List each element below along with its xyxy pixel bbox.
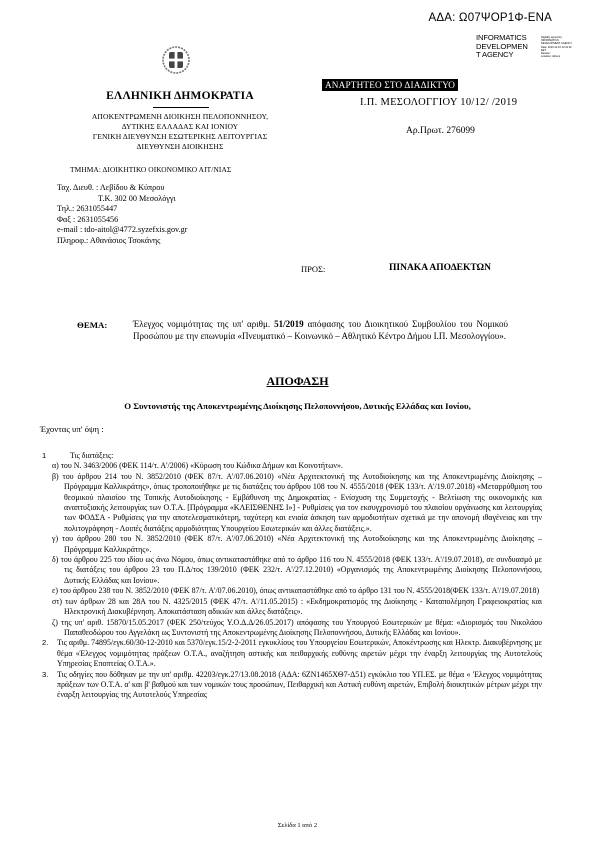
sub-item: ζ) της υπ' αριθ. 15870/15.05.2017 (ΦΕΚ 2… bbox=[52, 618, 542, 639]
list-item-number: 3. bbox=[40, 670, 57, 701]
authority-block: ΑΠΟΚΕΝΤΡΩΜΕΝΗ ΔΙΟΙΚΗΣΗ ΠΕΛΟΠΟΝΝΗΣΟΥ, ΔΥΤ… bbox=[40, 112, 320, 152]
list-item-text: Τις διατάξεις: bbox=[70, 451, 542, 461]
decision-title: ΑΠΟΦΑΣΗ bbox=[0, 374, 595, 389]
list-item-number: 1 bbox=[40, 451, 70, 461]
info-contact: Πληροφ.: Αθανάσιος Τσοκάνης bbox=[57, 236, 187, 247]
address-line1: Λεβίδου & Κύπρου bbox=[100, 183, 165, 192]
signature-agency: INFORMATICS DEVELOPMEN T AGENCY bbox=[476, 34, 528, 60]
sub-item: α) του Ν. 3463/2006 (ΦΕΚ 114/τ. Α'/2006)… bbox=[52, 461, 542, 471]
sub-item: β) του άρθρου 214 του Ν. 3852/2010 (ΦΕΚ … bbox=[52, 472, 542, 534]
sub-item: ε) του άρθρου 238 του Ν. 3852/2010 (ΦΕΚ … bbox=[52, 586, 542, 596]
list-item-text: Τις οδηγίες που δόθηκαν με την υπ' αριθμ… bbox=[57, 670, 542, 701]
sub-item: στ) των άρθρων 28 και 28Α του Ν. 4325/20… bbox=[52, 597, 542, 618]
sub-item: γ) του άρθρου 280 του Ν. 3852/2010 (ΦΕΚ … bbox=[52, 534, 542, 555]
protocol-number: Αρ.Πρωτ. 276099 bbox=[406, 126, 475, 136]
recipient-value: ΠΙΝΑΚΑ ΑΠΟΔΕΚΤΩΝ bbox=[389, 263, 491, 273]
header-divider bbox=[153, 107, 209, 108]
authority-line: ΑΠΟΚΕΝΤΡΩΜΕΝΗ ΔΙΟΙΚΗΣΗ ΠΕΛΟΠΟΝΝΗΣΟΥ, bbox=[40, 112, 320, 122]
address-row: Ταχ. Διευθ. : Λεβίδου & Κύπρου bbox=[57, 183, 187, 194]
subject-label: ΘΕΜΑ: bbox=[77, 320, 107, 330]
authority-line: ΓΕΝΙΚΗ ΔΙΕΥΘΥΝΣΗ ΕΣΩΤΕΡΙΚΗΣ ΛΕΙΤΟΥΡΓΙΑΣ bbox=[40, 132, 320, 142]
subject-text-part: Έλεγχος νομιμότητας της υπ' αριθμ. bbox=[133, 319, 274, 329]
sub-item: δ) του άρθρου 225 του ιδίου ως άνω Νόμου… bbox=[52, 555, 542, 586]
address-label: Ταχ. Διευθ. : bbox=[57, 183, 98, 192]
list-item-body: Τις διατάξεις: bbox=[70, 451, 542, 461]
address-line2: Τ.Κ. 302 00 Μεσολόγγι bbox=[57, 194, 187, 205]
phone: Τηλ.: 2631055447 bbox=[57, 204, 187, 215]
greek-coat-of-arms-icon bbox=[161, 45, 191, 75]
publish-online-banner: ΑΝΑΡΤΗΤΕΟ ΣΤΟ ΔΙΑΔΙΚΤΥΟ bbox=[322, 79, 458, 91]
contact-block: Ταχ. Διευθ. : Λεβίδου & Κύπρου Τ.Κ. 302 … bbox=[57, 183, 187, 246]
list-item: 1 Τις διατάξεις: bbox=[40, 451, 542, 461]
list-item-text: Τις αριθμ. 74895/εγκ.60/30-12-2010 και 5… bbox=[57, 638, 542, 669]
republic-title: ΕΛΛΗΝΙΚΗ ΔΗΜΟΚΡΑΤΙΑ bbox=[40, 90, 320, 102]
email[interactable]: e-mail : tdo-aitol@4772.syzefxis.gov.gr bbox=[57, 225, 187, 236]
recipient-label: ΠΡΟΣ: bbox=[301, 264, 325, 274]
ada-code: ΑΔΑ: Ω07ΨΟΡ1Φ-ΕΝΑ bbox=[0, 12, 552, 24]
list-item-number: 2. bbox=[40, 638, 57, 669]
digital-signature-details: Digitally signed by INFORMATICS DEVELOPM… bbox=[541, 36, 591, 58]
list-item: 2. Τις αριθμ. 74895/εγκ.60/30-12-2010 κα… bbox=[40, 638, 542, 669]
fax: Φαξ : 2631055456 bbox=[57, 215, 187, 226]
authority-line: ΔΙΕΥΘΥΝΣΗ ΔΙΟΙΚΗΣΗΣ bbox=[40, 142, 320, 152]
considerations-list: 1 Τις διατάξεις: α) του Ν. 3463/2006 (ΦΕ… bbox=[40, 451, 542, 701]
authority-line: ΔΥΤΙΚΗΣ ΕΛΛΑΔΑΣ ΚΑΙ ΙΟΝΙΟΥ bbox=[40, 122, 320, 132]
page-number: Σελίδα 1 από 2 bbox=[0, 822, 595, 829]
list-item: 3. Τις οδηγίες που δόθηκαν με την υπ' αρ… bbox=[40, 670, 542, 701]
place-date: Ι.Π. ΜΕΣΟΛΟΓΓΙΟΥ 10/12/ /2019 bbox=[360, 97, 517, 108]
decision-number: 51/2019 bbox=[274, 319, 304, 329]
coordinator-line: Ο Συντονιστής της Αποκεντρωμένης Διοίκησ… bbox=[0, 401, 595, 411]
department: ΤΜΗΜΑ: ΔΙΟΙΚΗΤΙΚΟ ΟΙΚΟΝΟΜΙΚΟ ΑΙΤ/ΝΙΑΣ bbox=[70, 165, 231, 174]
subject-text: Έλεγχος νομιμότητας της υπ' αριθμ. 51/20… bbox=[133, 319, 508, 342]
signature-detail: Location: Athens bbox=[541, 55, 591, 58]
having-considered: Έχοντας υπ' όψη : bbox=[40, 424, 104, 434]
signature-agency-line: T AGENCY bbox=[476, 51, 528, 60]
